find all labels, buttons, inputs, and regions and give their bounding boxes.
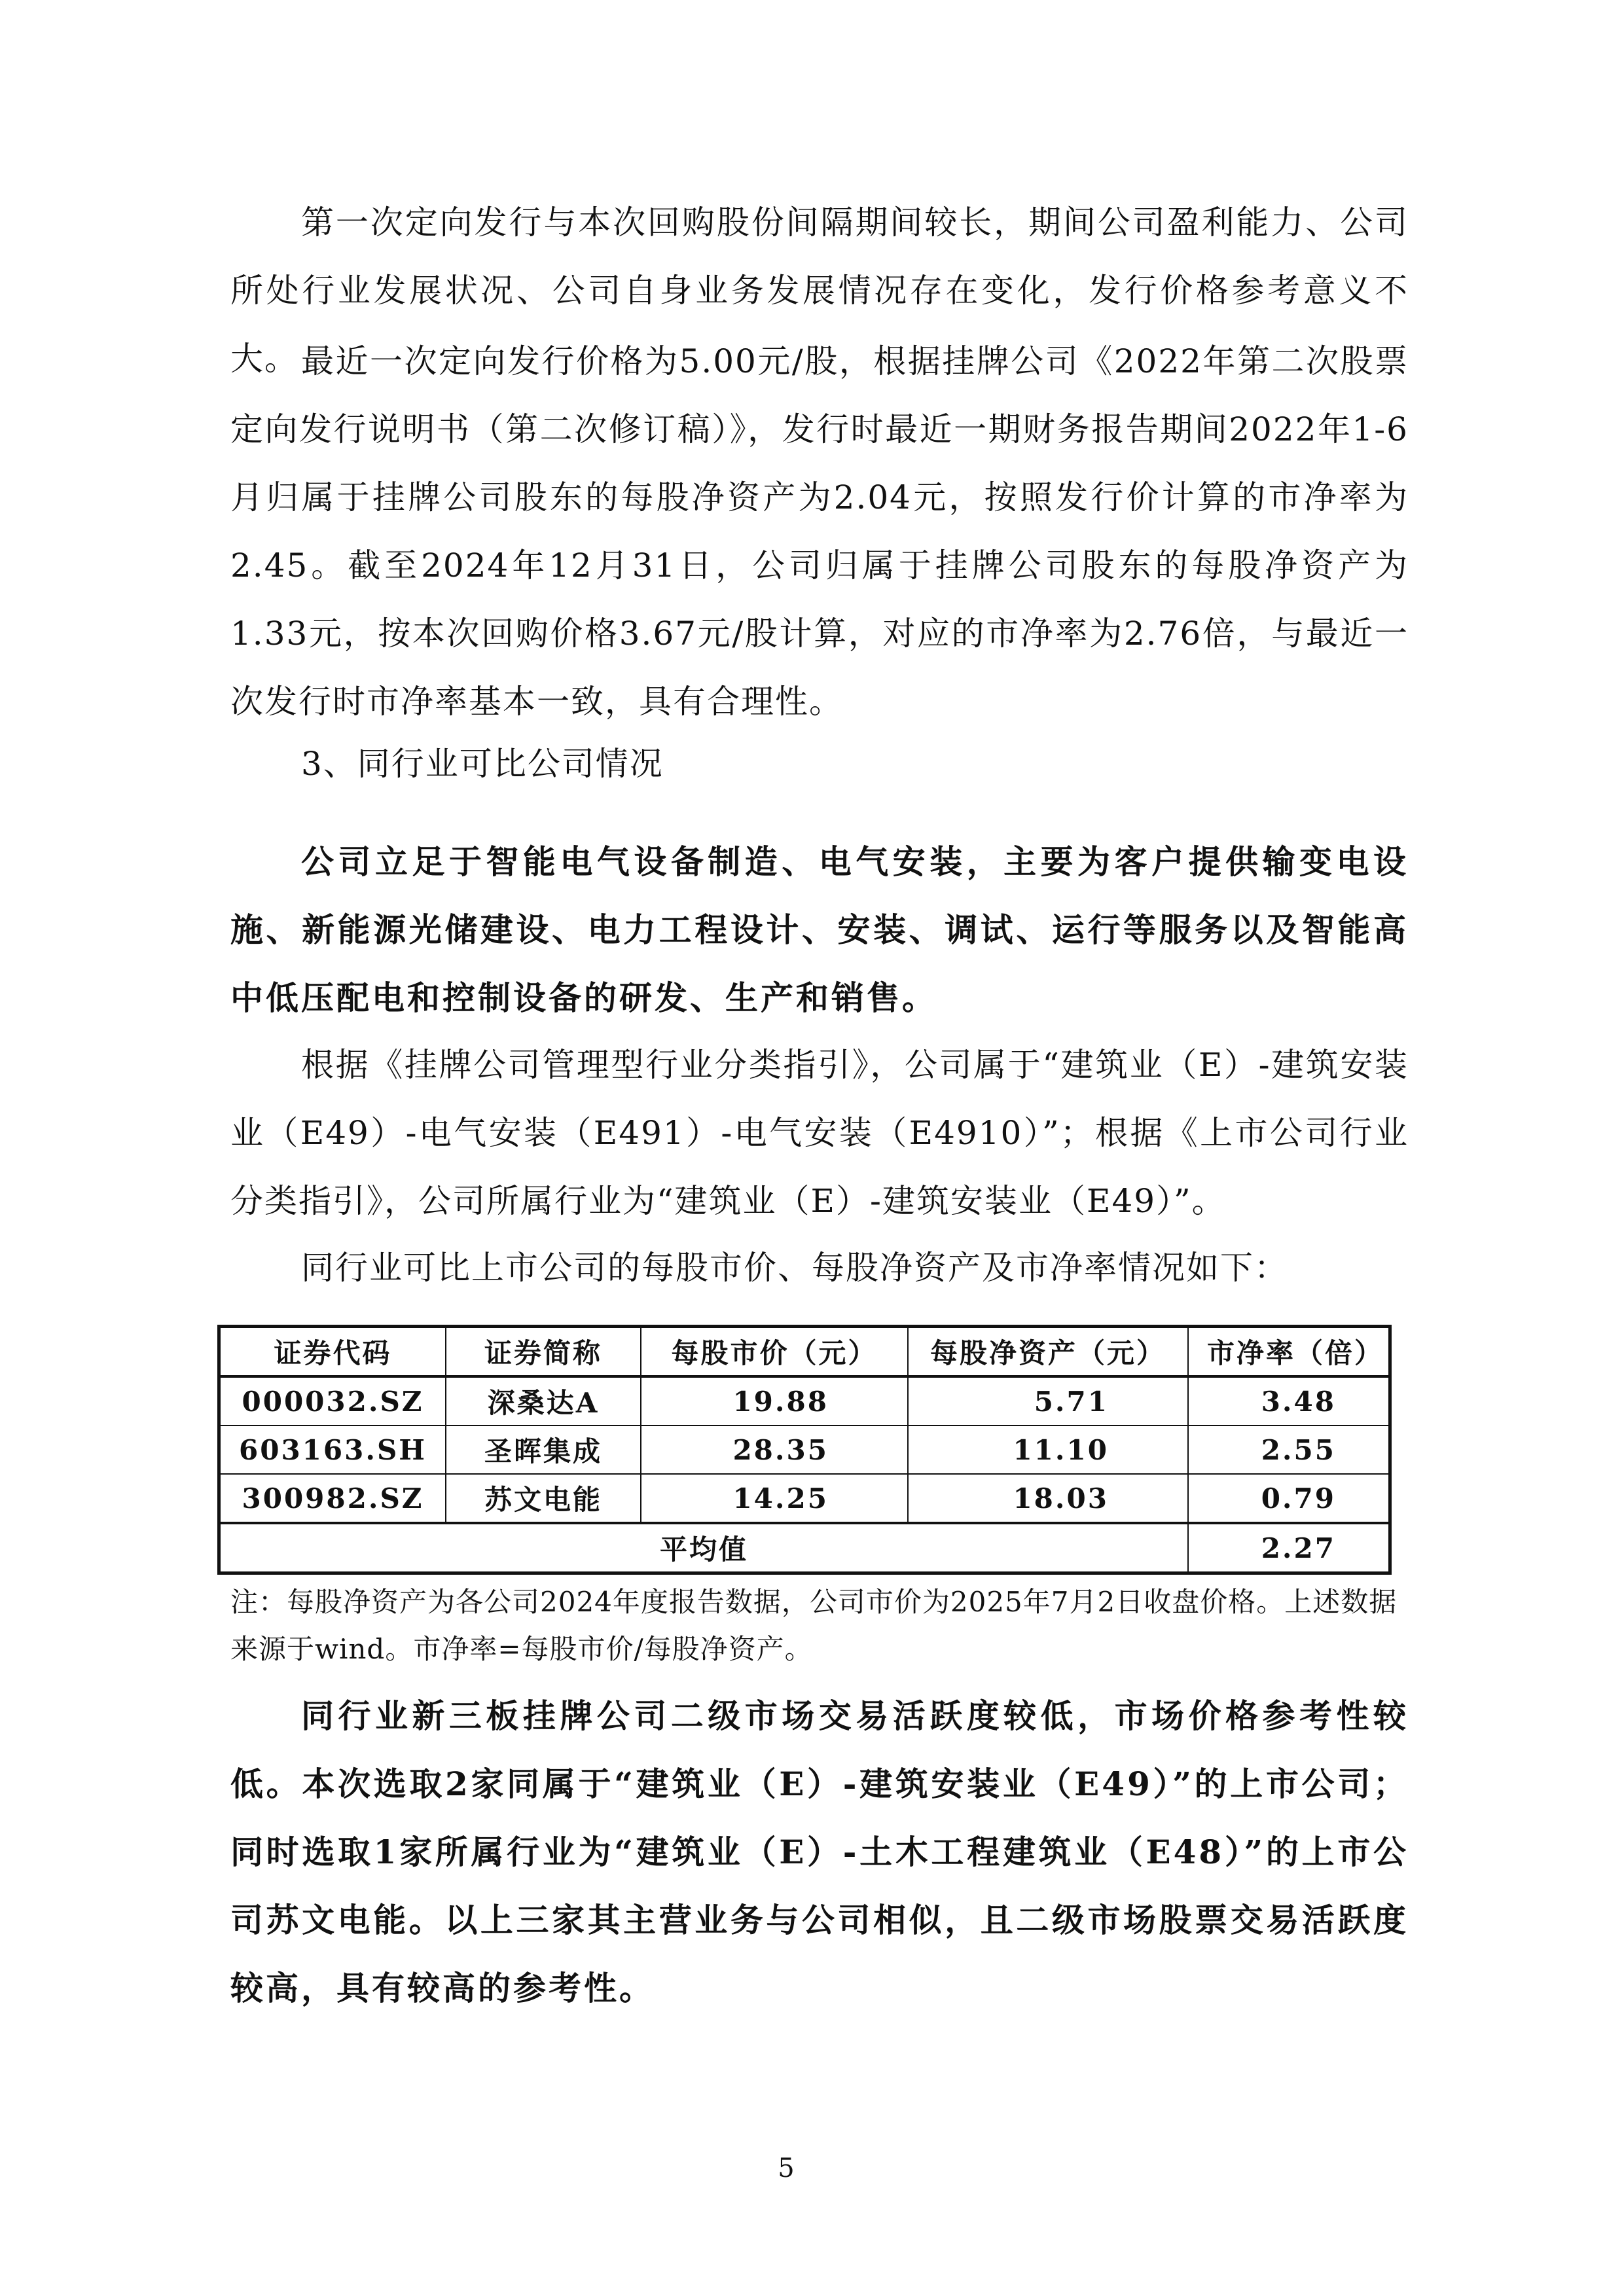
cell-code: 603163.SH xyxy=(219,1426,446,1474)
cell-nav: 18.03 xyxy=(908,1474,1188,1523)
column-header-code: 证券代码 xyxy=(219,1327,446,1377)
column-header-nav: 每股净资产（元） xyxy=(908,1327,1188,1377)
paragraph-recent-issuance-price: 最近一次定向发行价格为5.00元/股，根据挂牌公司《2022年第二次股票定向发行… xyxy=(230,327,1409,736)
cell-price: 28.35 xyxy=(641,1426,908,1474)
cell-pb: 3.48 xyxy=(1188,1376,1390,1426)
average-label: 平均值 xyxy=(219,1523,1188,1573)
table-row: 603163.SH 圣晖集成 28.35 11.10 2.55 xyxy=(219,1426,1390,1474)
cell-pb: 2.55 xyxy=(1188,1426,1390,1474)
column-header-pb: 市净率（倍） xyxy=(1188,1327,1390,1377)
table-average-row: 平均值 2.27 xyxy=(219,1523,1390,1573)
cell-price: 19.88 xyxy=(641,1376,908,1426)
cell-price: 14.25 xyxy=(641,1474,908,1523)
paragraph-selection-rationale: 同行业新三板挂牌公司二级市场交易活跃度较低，市场价格参考性较低。本次选取2家同属… xyxy=(230,1682,1409,2022)
column-header-price: 每股市价（元） xyxy=(641,1327,908,1377)
table-row: 000032.SZ 深桑达A 19.88 5.71 3.48 xyxy=(219,1376,1390,1426)
column-header-name: 证券简称 xyxy=(446,1327,641,1377)
cell-name: 圣晖集成 xyxy=(446,1426,641,1474)
page-number: 5 xyxy=(773,2153,799,2183)
cell-nav: 5.71 xyxy=(908,1376,1188,1426)
cell-name: 深桑达A xyxy=(446,1376,641,1426)
cell-code: 300982.SZ xyxy=(219,1474,446,1523)
paragraph-company-business: 公司立足于智能电气设备制造、电气安装，主要为客户提供输变电设施、新能源光储建设、… xyxy=(230,828,1409,1032)
average-value: 2.27 xyxy=(1188,1523,1390,1573)
table-footnote: 注：每股净资产为各公司2024年度报告数据，公司市价为2025年7月2日收盘价格… xyxy=(230,1579,1409,1673)
table-header-row: 证券代码 证券简称 每股市价（元） 每股净资产（元） 市净率（倍） xyxy=(219,1327,1390,1377)
cell-code: 000032.SZ xyxy=(219,1376,446,1426)
paragraph-industry-classification: 根据《挂牌公司管理型行业分类指引》，公司属于“建筑业（E）-建筑安装业（E49）… xyxy=(230,1031,1409,1235)
cell-nav: 11.10 xyxy=(908,1426,1188,1474)
document-page: 第一次定向发行与本次回购股份间隔期间较长，期间公司盈利能力、公司所处行业发展状况… xyxy=(0,0,1624,2296)
section-heading-comparable-companies: 3、同行业可比公司情况 xyxy=(230,730,1409,798)
cell-pb: 0.79 xyxy=(1188,1474,1390,1523)
paragraph-table-intro: 同行业可比上市公司的每股市价、每股净资产及市净率情况如下： xyxy=(230,1234,1409,1302)
table-row: 300982.SZ 苏文电能 14.25 18.03 0.79 xyxy=(219,1474,1390,1523)
comparable-companies-table: 证券代码 证券简称 每股市价（元） 每股净资产（元） 市净率（倍） 000032… xyxy=(217,1325,1392,1575)
cell-name: 苏文电能 xyxy=(446,1474,641,1523)
